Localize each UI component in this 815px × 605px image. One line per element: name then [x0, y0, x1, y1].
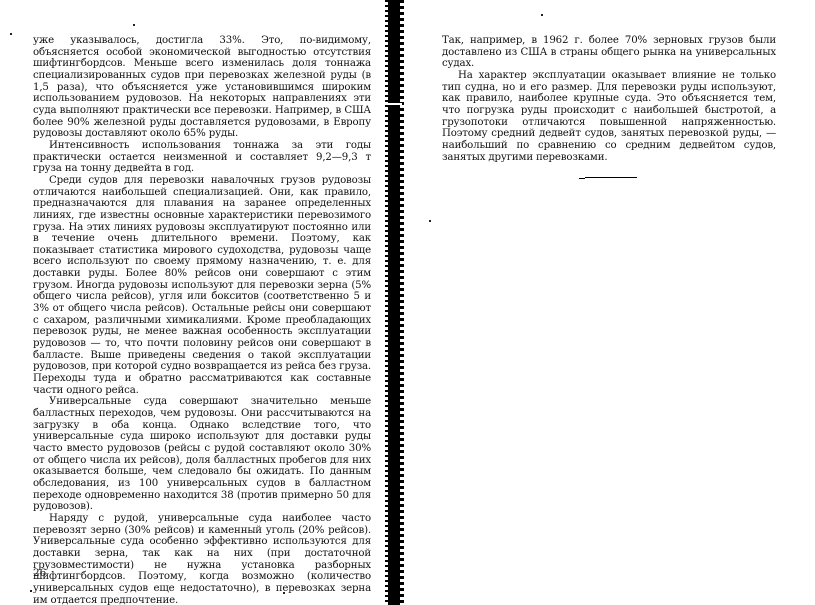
scan-speck — [541, 14, 543, 16]
page-number: 26 — [33, 567, 46, 579]
scan-speck — [429, 220, 431, 222]
paragraph: уже указывалось, достигла 33%. Это, по-в… — [33, 35, 371, 140]
left-page-text-column: уже указывалось, достигла 33%. Это, по-в… — [33, 35, 371, 605]
paragraph: Универсальные суда совершают значительно… — [33, 396, 371, 513]
spine-notch — [386, 103, 402, 105]
paragraph: На характер эксплуатации оказывает влиян… — [442, 70, 776, 163]
scan-speck — [10, 33, 12, 35]
book-spine-shadow — [388, 0, 400, 605]
paragraph: Так, например, в 1962 г. более 70% зерно… — [442, 35, 776, 70]
scan-speck — [283, 592, 285, 594]
paragraph: Наряду с рудой, универсальные суда наибо… — [33, 513, 371, 605]
section-divider-rule — [585, 177, 637, 178]
scan-speck — [30, 590, 32, 592]
paragraph: Среди судов для перевозки навалочных гру… — [33, 175, 371, 396]
right-page: Так, например, в 1962 г. более 70% зерно… — [440, 0, 815, 605]
right-page-text-column: Так, например, в 1962 г. более 70% зерно… — [442, 35, 776, 163]
paragraph: Интенсивность использования тоннажа за э… — [33, 140, 371, 175]
scan-speck — [133, 24, 135, 26]
left-page: уже указывалось, достигла 33%. Это, по-в… — [0, 0, 380, 605]
section-divider-tick — [579, 178, 585, 179]
